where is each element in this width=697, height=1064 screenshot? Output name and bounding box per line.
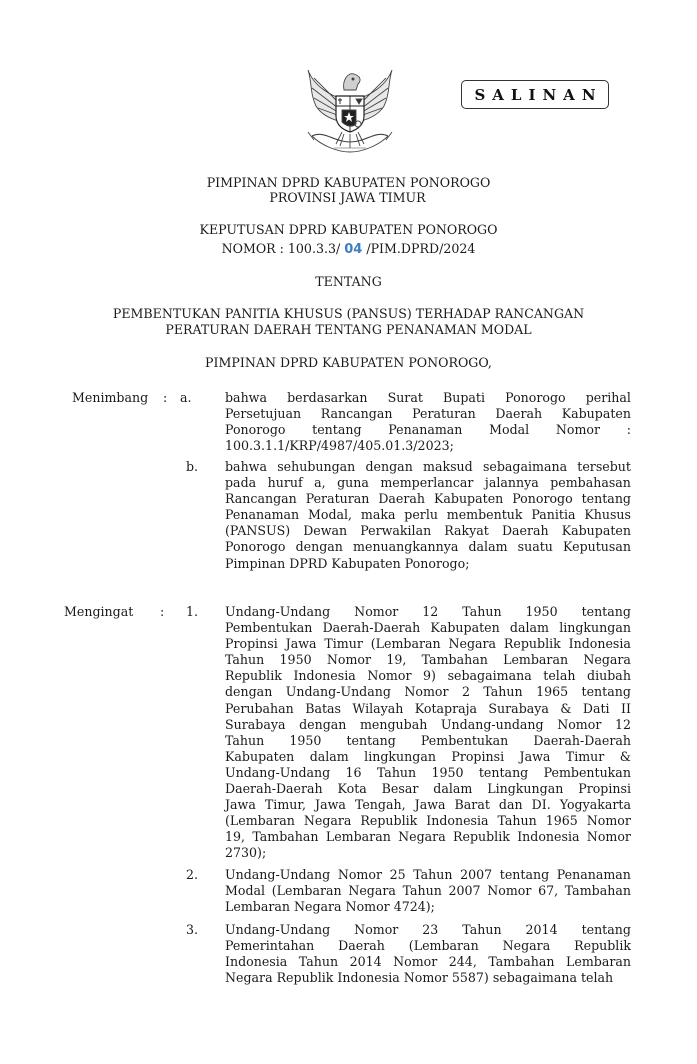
text-line: (PANSUS)DewanPerwakilanRakyatDaerahKabup… xyxy=(225,523,631,539)
text-line: bahwaberdasarkanSuratBupatiPonorogoperih… xyxy=(225,390,631,406)
text-line: 19,TambahanLembaranNegaraRepublikIndones… xyxy=(225,829,631,845)
text-line: Tahun1950Nomor19,TambahanLembaranNegara xyxy=(225,652,631,668)
salinan-stamp: SALINAN xyxy=(461,80,609,109)
text-line: 2730); xyxy=(225,845,631,861)
mengingat-colon: : xyxy=(160,604,164,620)
text-line: Tahun1950tentangPembentukanDaerah-Daerah xyxy=(225,733,631,749)
mengingat-label: Mengingat xyxy=(64,604,133,620)
menimbang-item-b-num: b. xyxy=(186,459,198,475)
text-line: IndonesiaTahun2014Nomor244,TambahanLemba… xyxy=(225,954,631,970)
text-line: PonorogotentangPenanamanModalNomor: xyxy=(225,422,631,438)
decree-number: NOMOR : 100.3.3/ 04 /PIM.DPRD/2024 xyxy=(0,241,697,258)
subject-line-2: PERATURAN DAERAH TENTANG PENANAMAN MODAL xyxy=(0,322,697,338)
mengingat-item-3-num: 3. xyxy=(186,922,198,938)
header-province: PROVINSI JAWA TIMUR xyxy=(0,190,696,206)
text-line: PonorogodenganmenuangkannyadalamsuatuKep… xyxy=(225,539,631,555)
text-line: PenanamanModal,makaperlumembentukPanitia… xyxy=(225,507,631,523)
text-line: Undang-UndangNomor23Tahun2014tentang xyxy=(225,922,631,938)
text-line: Daerah-DaerahKotaBesardalamLingkunganPro… xyxy=(225,781,631,797)
text-line: bahwasehubungandenganmaksudsebagaimanate… xyxy=(225,459,631,475)
mengingat-item-3-text: Undang-UndangNomor23Tahun2014tentangPeme… xyxy=(225,922,631,986)
menimbang-label: Menimbang xyxy=(72,390,148,406)
text-line: PembentukanDaerah-DaerahKabupatendalamli… xyxy=(225,620,631,636)
mengingat-item-1-text: Undang-UndangNomor12Tahun1950tentangPemb… xyxy=(225,604,631,862)
menimbang-item-a-num: a. xyxy=(180,390,192,406)
text-line: Undang-Undang16Tahun1950tentangPembentuk… xyxy=(225,765,631,781)
mengingat-item-1-num: 1. xyxy=(186,604,198,620)
menimbang-item-b-text: bahwasehubungandenganmaksudsebagaimanate… xyxy=(225,459,631,572)
mengingat-item-2-num: 2. xyxy=(186,867,198,883)
text-line: KabupatendalamlingkunganPropinsiJawaTimu… xyxy=(225,749,631,765)
mengingat-item-2-text: Undang-UndangNomor25Tahun2007tentangPena… xyxy=(225,867,631,915)
about-heading: TENTANG xyxy=(0,274,697,290)
text-line: Pimpinan DPRD Kabupaten Ponorogo; xyxy=(225,556,631,572)
text-line: denganUndang-UndangNomor2Tahun1965tentan… xyxy=(225,684,631,700)
text-line: SurabayadenganmengubahUndang-undangNomor… xyxy=(225,717,631,733)
decree-title: KEPUTUSAN DPRD KABUPATEN PONOROGO xyxy=(0,222,697,238)
decree-number-suffix: /PIM.DPRD/2024 xyxy=(366,241,475,256)
text-line: PersetujuanRancanganPeraturanDaerahKabup… xyxy=(225,406,631,422)
text-line: Negara Republik Indonesia Nomor 5587) se… xyxy=(225,970,631,986)
decree-number-prefix: NOMOR : 100.3.3/ xyxy=(222,241,341,256)
menimbang-colon: : xyxy=(163,390,167,406)
text-line: padahurufa,gunamemperlancarjalannyapemba… xyxy=(225,475,631,491)
text-line: PemerintahanDaerah(LembaranNegaraRepubli… xyxy=(225,938,631,954)
subject-line-1: PEMBENTUKAN PANITIA KHUSUS (PANSUS) TERH… xyxy=(0,306,697,322)
text-line: 100.3.1.1/KRP/4987/405.01.3/2023; xyxy=(225,438,631,454)
decree-number-value: 04 xyxy=(344,242,362,257)
text-line: JawaTimur,JawaTengah,JawaBaratdanDI.Yogy… xyxy=(225,797,631,813)
text-line: Undang-UndangNomor25Tahun2007tentangPena… xyxy=(225,867,631,883)
text-line: PerubahanBatasWilayahKotaprajaSurabaya&D… xyxy=(225,701,631,717)
menimbang-item-a-text: bahwaberdasarkanSuratBupatiPonorogoperih… xyxy=(225,390,631,454)
text-line: Modal(LembaranNegaraTahun2007Nomor67,Tam… xyxy=(225,883,631,899)
document-page: SALINAN PIMPINAN DPRD KABUPATEN PONOROGO… xyxy=(0,0,697,1064)
text-line: RepublikIndonesiaNomor9)sebagaimanatelah… xyxy=(225,668,631,684)
text-line: RancanganPeraturanDaerahKabupatenPonorog… xyxy=(225,491,631,507)
text-line: Undang-UndangNomor12Tahun1950tentang xyxy=(225,604,631,620)
text-line: PropinsiJawaTimur(LembaranNegaraRepublik… xyxy=(225,636,631,652)
header-institution: PIMPINAN DPRD KABUPATEN PONOROGO xyxy=(0,175,697,191)
text-line: (LembaranNegaraRepublikIndonesiaTahun196… xyxy=(225,813,631,829)
issuer-heading: PIMPINAN DPRD KABUPATEN PONOROGO, xyxy=(0,355,697,371)
text-line: Lembaran Negara Nomor 4724); xyxy=(225,899,631,915)
garuda-pancasila-emblem-icon xyxy=(300,60,400,156)
